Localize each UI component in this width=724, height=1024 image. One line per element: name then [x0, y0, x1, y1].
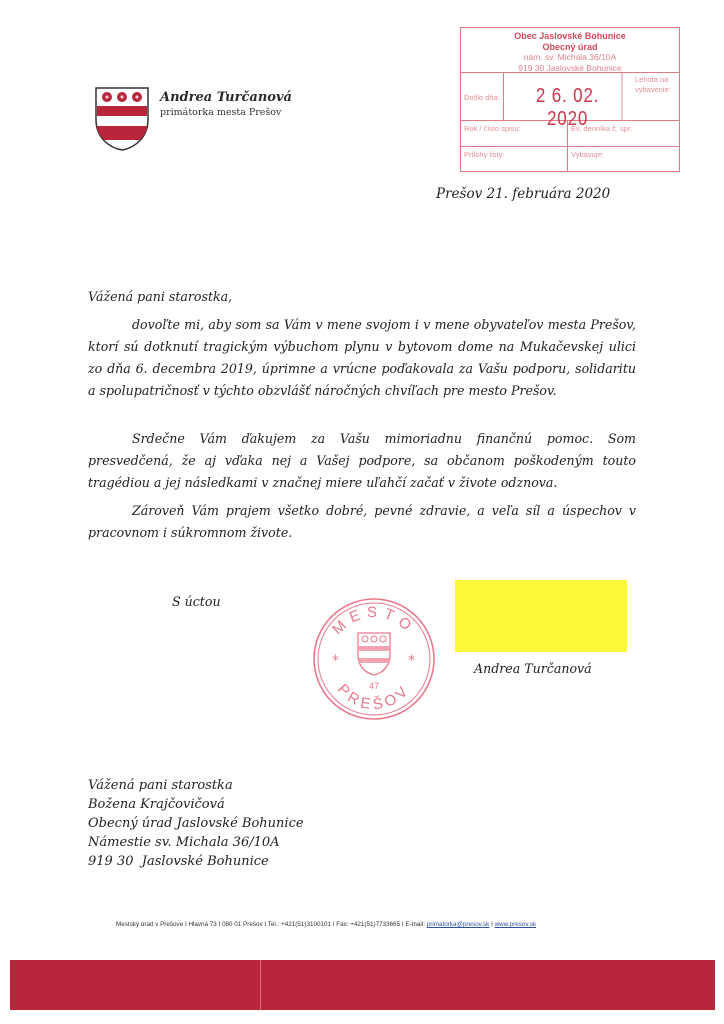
stamp-row: Prílohy listy: Vybavuje: — [461, 147, 679, 172]
svg-text:*: * — [332, 653, 339, 669]
recipient-line: Božena Krajčovičová — [88, 795, 304, 814]
attachments-label: Prílohy listy: — [461, 147, 568, 172]
recipient-line: Námestie sv. Michala 36/10A — [88, 833, 304, 852]
signer-name: Andrea Turčanová — [474, 661, 592, 676]
footer-email-link[interactable]: primatorka@presov.sk — [427, 921, 490, 928]
paragraph-3: Zároveň Vám prajem všetko dobré, pevné z… — [88, 500, 636, 544]
paragraph-text: dovoľte mi, aby som sa Vám v mene svojom… — [88, 317, 636, 398]
city-seal-icon: MESTO PREŠOV * * 47 — [310, 595, 438, 723]
paragraph-text: Srdečne Vám ďakujem za Vašu mimoriadnu f… — [88, 431, 636, 490]
handler-label: Vybavuje: — [568, 147, 679, 172]
seal-number: 47 — [369, 681, 379, 691]
registry-stamp: Obec Jaslovské Bohunice Obecný úrad nám.… — [460, 27, 680, 172]
footer-red-band — [10, 960, 715, 1010]
stamp-street: nám. sv. Michala 36/10A — [461, 52, 679, 63]
stamp-office: Obecný úrad — [461, 42, 679, 53]
place-date: Prešov 21. februára 2020 — [436, 186, 610, 202]
letterhead-title: primátorka mesta Prešov — [160, 107, 281, 118]
paragraph-text: Zároveň Vám prajem všetko dobré, pevné z… — [88, 503, 636, 540]
received-date: 2 6. 02. 2020 — [514, 73, 623, 120]
letterhead-name: Andrea Turčanová — [160, 90, 292, 105]
stamp-municipality: Obec Jaslovské Bohunice — [461, 31, 679, 42]
presov-coat-of-arms-icon — [94, 86, 150, 152]
due-label: Lehota na vybavenie: — [632, 73, 679, 120]
salutation: Vážená pani starostka, — [88, 289, 232, 304]
recipient-line: Vážená pani starostka — [88, 776, 304, 795]
footer-website-link[interactable]: www.presov.sk — [495, 921, 537, 928]
paragraph-1: dovoľte mi, aby som sa Vám v mene svojom… — [88, 314, 636, 402]
recipient-address: Vážená pani starostka Božena Krajčovičov… — [88, 776, 304, 871]
closing: S úctou — [172, 594, 221, 609]
paragraph-2: Srdečne Vám ďakujem za Vašu mimoriadnu f… — [88, 428, 636, 494]
footer-text: Mestský úrad v Prešove I Hlavná 73 I 080… — [116, 921, 427, 928]
fold-line — [260, 960, 261, 1010]
footer-contact: Mestský úrad v Prešove I Hlavná 73 I 080… — [116, 921, 536, 928]
received-label: Došlo dňa: — [461, 73, 504, 120]
stamp-header: Obec Jaslovské Bohunice Obecný úrad nám.… — [461, 28, 679, 73]
recipient-line: 919 30 Jaslovské Bohunice — [88, 852, 304, 871]
svg-text:*: * — [408, 653, 415, 669]
recipient-line: Obecný úrad Jaslovské Bohunice — [88, 814, 304, 833]
signature-redaction — [455, 580, 627, 652]
stamp-date-row: Došlo dňa: 2 6. 02. 2020 Lehota na vybav… — [461, 73, 679, 121]
stamp-postcode: 919 30 Jaslovské Bohunice — [461, 63, 679, 74]
